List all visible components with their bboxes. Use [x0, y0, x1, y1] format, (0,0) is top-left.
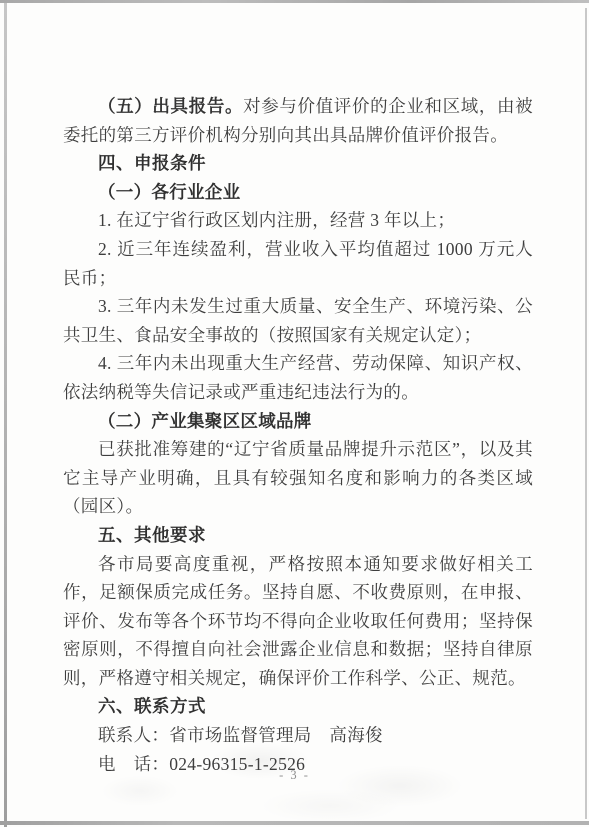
clause-item-4: 4. 三年内未出现重大生产经营、劳动保障、知识产权、依法纳税等失信记录或严重违纪… [63, 349, 533, 406]
para-issue-report-lead: （五）出具报告。 [98, 96, 243, 116]
heading-sub-2-industry-cluster-regional-brand: （二）产业集聚区区域品牌 [63, 407, 533, 436]
scan-edge-bottom [0, 821, 589, 825]
scan-edge-right [585, 8, 587, 819]
heading-section-4-application-conditions: 四、申报条件 [63, 149, 533, 178]
heading-section-5-other-requirements: 五、其他要求 [63, 521, 533, 550]
clause-item-2: 2. 近三年连续盈利，营业收入平均值超过 1000 万元人民币； [63, 235, 533, 292]
heading-sub-1-industry-enterprises: （一）各行业企业 [63, 178, 533, 207]
document-body: （五）出具报告。对参与价值评价的企业和区域，由被委托的第三方评价机构分别向其出具… [63, 92, 533, 778]
page-number: - 3 - [0, 768, 589, 783]
scan-edge-left [4, 3, 7, 827]
contact-person-line: 联系人：省市场监督管理局 高海俊 [63, 721, 533, 750]
para-regional-brand: 已获批准筹建的“辽宁省质量品牌提升示范区”，以及其它主导产业明确，且具有较强知名… [63, 435, 533, 521]
heading-section-6-contact-info: 六、联系方式 [63, 692, 533, 721]
scan-edge-top [0, 0, 589, 3]
para-other-requirements: 各市局要高度重视，严格按照本通知要求做好相关工作，足额保质完成任务。坚持自愿、不… [63, 550, 533, 693]
para-issue-report: （五）出具报告。对参与价值评价的企业和区域，由被委托的第三方评价机构分别向其出具… [63, 92, 533, 149]
document-page: （五）出具报告。对参与价值评价的企业和区域，由被委托的第三方评价机构分别向其出具… [0, 0, 589, 827]
clause-item-1: 1. 在辽宁省行政区划内注册，经营 3 年以上； [63, 206, 533, 235]
clause-item-3: 3. 三年内未发生过重大质量、安全生产、环境污染、公共卫生、食品安全事故的（按照… [63, 292, 533, 349]
